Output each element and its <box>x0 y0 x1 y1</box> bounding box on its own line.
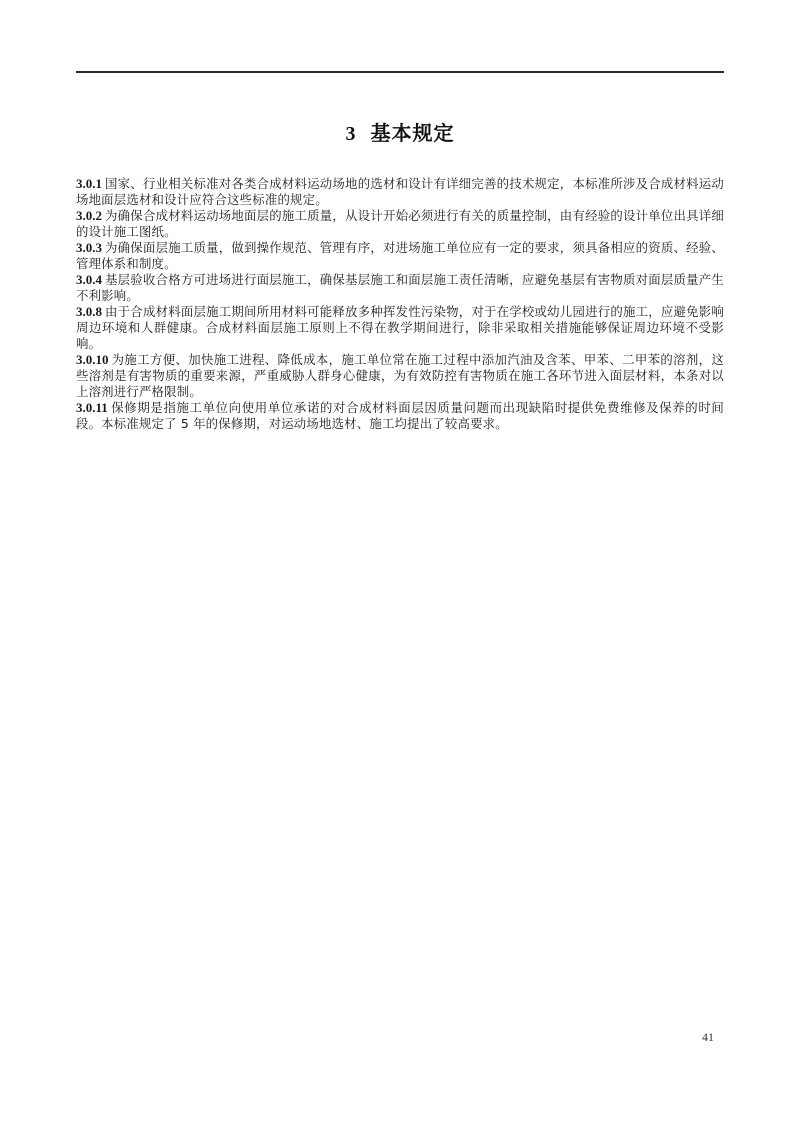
clause-number: 3.0.11 <box>76 400 108 415</box>
clause-text: 为确保面层施工质量，做到操作规范、管理有序，对进场施工单位应有一定的要求，须具备… <box>76 240 724 271</box>
clause-3-0-2: 3.0.2为确保合成材料运动场地面层的施工质量，从设计开始必须进行有关的质量控制… <box>76 208 724 240</box>
clause-3-0-3: 3.0.3为确保面层施工质量，做到操作规范、管理有序，对进场施工单位应有一定的要… <box>76 240 724 272</box>
chapter-title-text: 基本规定 <box>371 121 455 145</box>
clause-number: 3.0.3 <box>76 240 102 255</box>
clause-3-0-11: 3.0.11保修期是指施工单位向使用单位承诺的对合成材料面层因质量问题而出现缺陷… <box>76 400 724 432</box>
clause-number: 3.0.8 <box>76 304 102 319</box>
clause-3-0-1: 3.0.1国家、行业相关标准对各类合成材料运动场地的选材和设计有详细完善的技术规… <box>76 176 724 208</box>
clause-text: 基层验收合格方可进场进行面层施工，确保基层施工和面层施工责任清晰，应避免基层有害… <box>76 272 724 303</box>
clause-text: 为确保合成材料运动场地面层的施工质量，从设计开始必须进行有关的质量控制，由有经验… <box>76 208 724 239</box>
clause-3-0-8: 3.0.8由于合成材料面层施工期间所用材料可能释放多种挥发性污染物，对于在学校或… <box>76 304 724 352</box>
clause-number: 3.0.1 <box>76 176 102 191</box>
chapter-number: 3 <box>346 123 357 145</box>
clause-text: 国家、行业相关标准对各类合成材料运动场地的选材和设计有详细完善的技术规定，本标准… <box>76 176 724 207</box>
clause-number: 3.0.2 <box>76 208 102 223</box>
page-number: 41 <box>702 1030 714 1045</box>
chapter-title: 3基本规定 <box>0 119 800 148</box>
clause-number: 3.0.4 <box>76 272 102 287</box>
clause-text: 为施工方便、加快施工进程、降低成本，施工单位常在施工过程中添加汽油及含苯、甲苯、… <box>76 352 724 399</box>
clause-3-0-4: 3.0.4基层验收合格方可进场进行面层施工，确保基层施工和面层施工责任清晰，应避… <box>76 272 724 304</box>
header-rule <box>76 71 724 73</box>
clause-3-0-10: 3.0.10为施工方便、加快施工进程、降低成本，施工单位常在施工过程中添加汽油及… <box>76 352 724 400</box>
clause-text: 保修期是指施工单位向使用单位承诺的对合成材料面层因质量问题而出现缺陷时提供免费维… <box>76 400 724 431</box>
clause-text: 由于合成材料面层施工期间所用材料可能释放多种挥发性污染物，对于在学校或幼儿园进行… <box>76 304 724 351</box>
clause-number: 3.0.10 <box>76 352 109 367</box>
clause-list: 3.0.1国家、行业相关标准对各类合成材料运动场地的选材和设计有详细完善的技术规… <box>76 176 724 432</box>
